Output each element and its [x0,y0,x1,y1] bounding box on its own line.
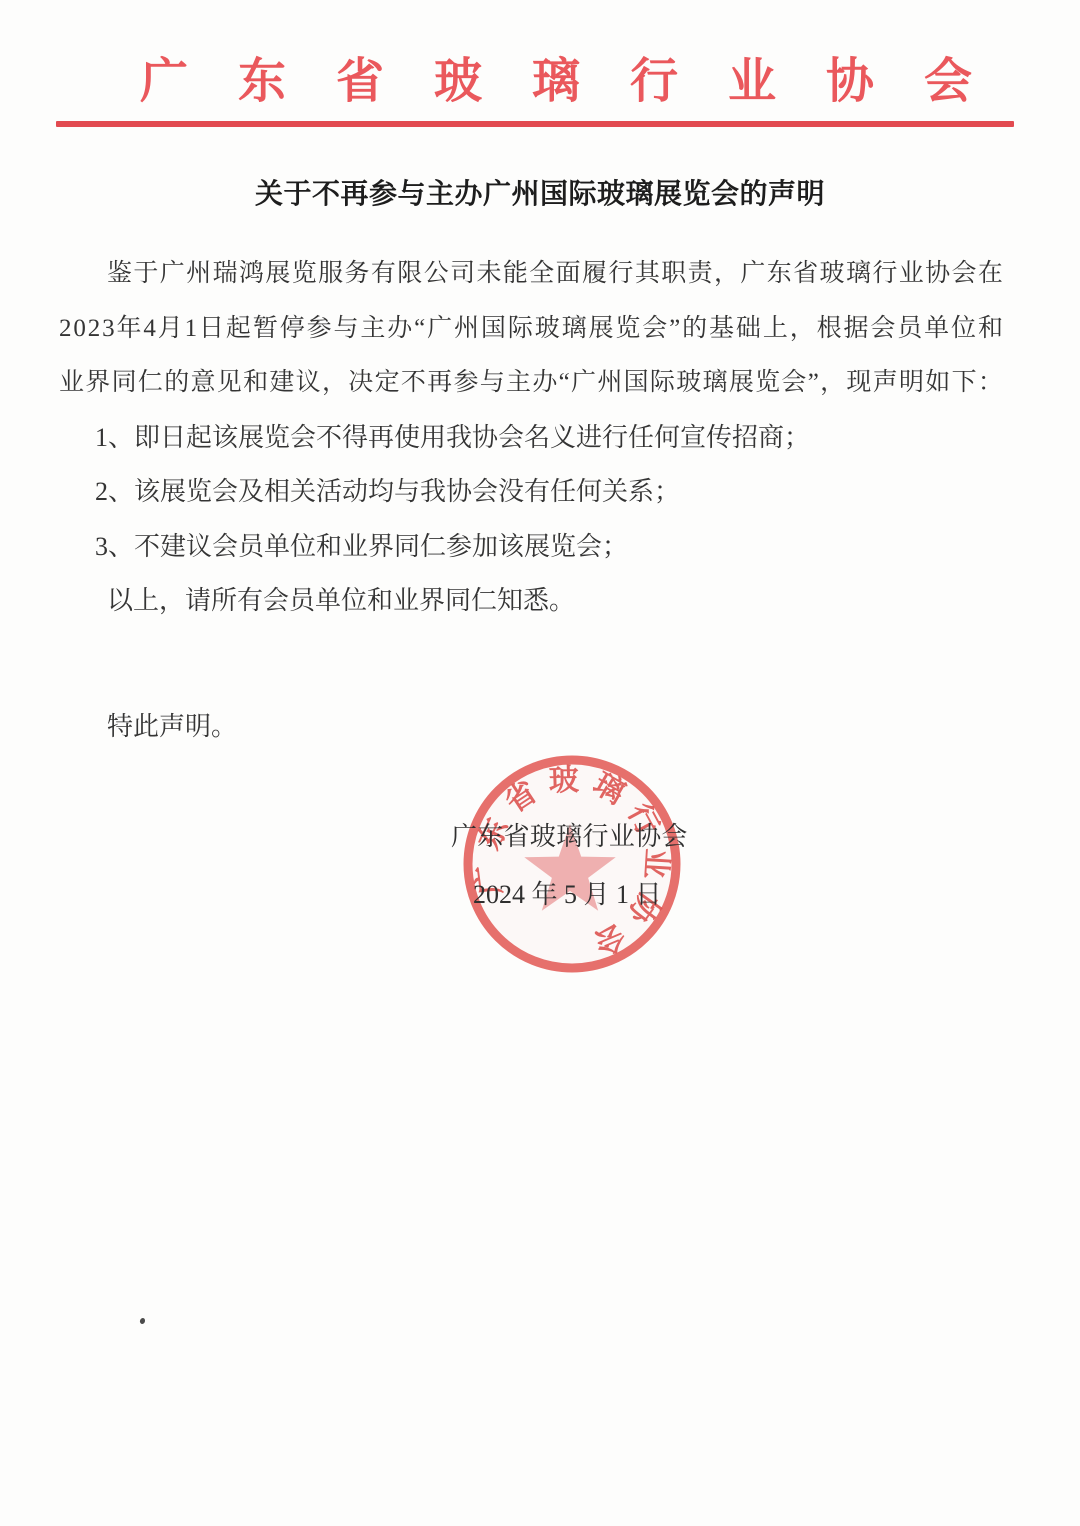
closing-statement: 特此声明。 [107,700,237,755]
letterhead-divider [56,121,1014,127]
official-seal: 广东省玻璃行业协会 [452,744,692,984]
body-line-item-2: 2、该展览会及相关活动均与我协会没有任何关系； [59,465,1003,520]
ink-speck [139,1317,146,1324]
document-title: 关于不再参与主办广州国际玻璃展览会的声明 [0,172,1080,212]
signature-date: 2024 年 5 月 1 日 [473,880,662,910]
body-line: 鉴于广州瑞鸿展览服务有限公司未能全面履行其职责，广东省玻璃行业协会在 [59,247,1003,302]
signature-org-name: 广东省玻璃行业协会 [451,822,688,852]
body-line-item-3: 3、不建议会员单位和业界同仁参加该展览会； [59,520,1003,575]
document-page: 广东省玻璃行业协会 关于不再参与主办广州国际玻璃展览会的声明 鉴于广州瑞鸿展览服… [0,0,1080,1526]
body-line-notice: 以上，请所有会员单位和业界同仁知悉。 [59,574,1003,629]
letterhead-org-name: 广东省玻璃行业协会 [140,56,1022,108]
document-body: 鉴于广州瑞鸿展览服务有限公司未能全面履行其职责，广东省玻璃行业协会在 2023年… [59,247,1003,629]
body-line: 2023年4月1日起暂停参与主办“广州国际玻璃展览会”的基础上，根据会员单位和 [59,302,1003,357]
body-line: 业界同仁的意见和建议，决定不再参与主办“广州国际玻璃展览会”，现声明如下： [59,356,1003,411]
body-line-item-1: 1、即日起该展览会不得再使用我协会名义进行任何宣传招商； [59,411,1003,466]
